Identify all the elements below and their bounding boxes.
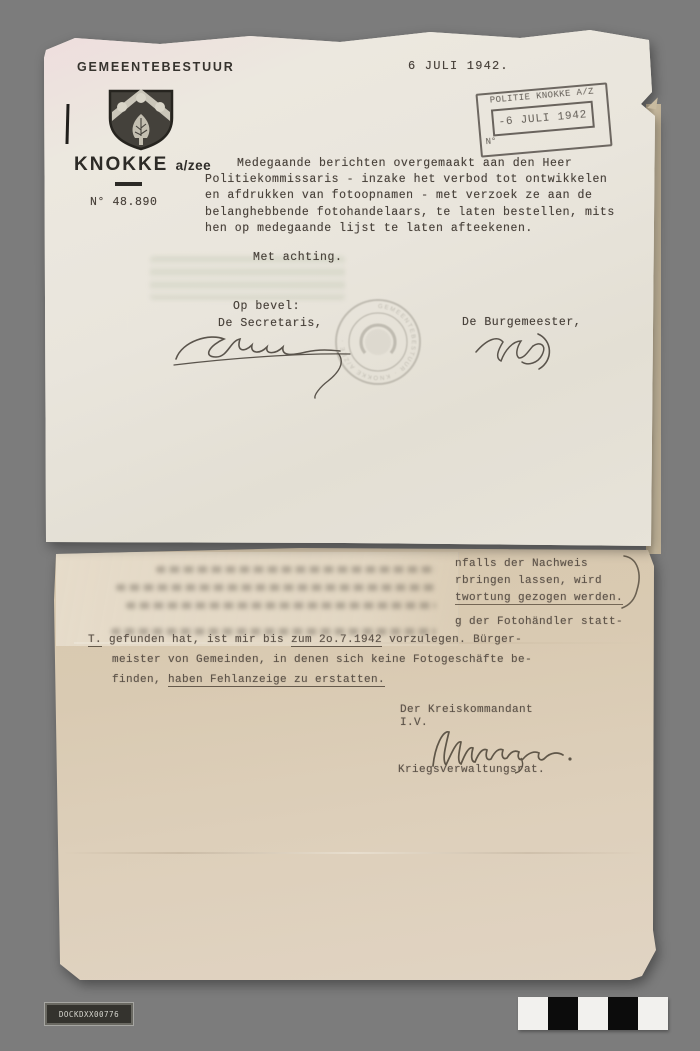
german-text: finden, xyxy=(112,674,168,686)
lower-german-surface: nfalls der Nachweis rbringen lassen, wir… xyxy=(54,546,658,984)
german-line: meister von Gemeinden, in denen sich kei… xyxy=(112,654,532,666)
body-line: en afdrukken van fotoopnamen - met verzo… xyxy=(205,188,615,204)
body-line: Medegaande berichten overgemaakt aan den… xyxy=(205,156,615,172)
place-name: KNOKKE xyxy=(74,154,168,175)
lower-german-paper: nfalls der Nachweis rbringen lassen, wir… xyxy=(54,546,658,984)
german-underlined: zum 2o.7.1942 xyxy=(291,634,382,647)
pen-bracket-mark xyxy=(620,554,646,610)
letter-body: Medegaande berichten overgemaakt aan den… xyxy=(205,156,615,237)
mayor-signature xyxy=(470,330,556,372)
letterhead-underline xyxy=(115,182,142,186)
scale-square-white xyxy=(638,997,668,1030)
archive-id-text: DOCKDXX00776 xyxy=(59,1010,119,1019)
german-line: finden, haben Fehlanzeige zu erstatten. xyxy=(112,674,385,686)
paper-crease xyxy=(64,852,644,854)
scale-square-black xyxy=(548,997,578,1030)
scale-square-white xyxy=(518,997,548,1030)
german-text: vorzulegen. Bürger- xyxy=(382,634,522,646)
illegible-text-line xyxy=(126,602,436,609)
body-line: Politiekommissaris - inzake het verbod t… xyxy=(205,172,615,188)
police-stamp-date: -6 JULI 1942 xyxy=(498,109,588,129)
by-order-label: Op bevel: xyxy=(233,300,300,313)
german-line: rbringen lassen, wird xyxy=(455,573,623,590)
secretary-signature xyxy=(172,327,357,399)
german-line: nfalls der Nachweis xyxy=(455,556,623,573)
german-underlined: haben Fehlanzeige zu erstatten. xyxy=(168,674,385,687)
archive-id-label: DOCKDXX00776 xyxy=(44,1002,134,1026)
letterhead-place: KNOKKE a/zee xyxy=(74,154,211,176)
police-stamp-number-prefix: N° xyxy=(485,136,497,147)
police-stamp-date-box: -6 JULI 1942 xyxy=(491,101,595,137)
letterhead-org-name: GEMEENTEBESTUUR xyxy=(77,60,235,74)
german-line: twortung gezogen werden. xyxy=(455,590,623,607)
paper-fold-corner xyxy=(637,95,657,110)
upper-letter-paper: GEMEENTEBESTUUR KNOKKE a/zee N° 48.890 6… xyxy=(44,30,660,548)
body-line: hen op medegaande lijst te laten afteeke… xyxy=(205,221,615,237)
scale-square-white xyxy=(578,997,608,1030)
german-line-underlined: twortung gezogen werden. xyxy=(455,592,623,605)
reference-number: N° 48.890 xyxy=(90,196,158,209)
scanned-document-photo: GEMEENTEBESTUUR KNOKKE a/zee N° 48.890 6… xyxy=(0,0,700,1051)
mayor-label: De Burgemeester, xyxy=(462,316,581,329)
ink-stroke-mark xyxy=(65,104,69,144)
calibration-scale-bar xyxy=(518,997,668,1030)
kreiskommandant-label: Der Kreiskommandant xyxy=(400,704,533,716)
upper-letter-surface: GEMEENTEBESTUUR KNOKKE a/zee N° 48.890 6… xyxy=(44,30,660,548)
german-line: g der Fotohändler statt- xyxy=(455,616,623,628)
german-clipped-column: nfalls der Nachweis rbringen lassen, wir… xyxy=(455,556,623,608)
overlapping-sheet xyxy=(56,552,459,646)
body-line: belanghebbende fotohandelaars, te laten … xyxy=(205,205,615,221)
iv-label: I.V. xyxy=(400,717,428,729)
german-text: gefunden hat, ist mir bis xyxy=(102,634,291,646)
police-stamp: POLITIE KNOKKE A/Z -6 JULI 1942 N° xyxy=(475,82,612,157)
german-underlined: T. xyxy=(88,634,102,647)
kriegsverwaltungsrat-label: Kriegsverwaltungsrat. xyxy=(398,764,545,776)
german-line: T. gefunden hat, ist mir bis zum 2o.7.19… xyxy=(88,634,522,646)
illegible-text-line xyxy=(116,584,436,591)
scale-square-black xyxy=(608,997,638,1030)
illegible-text-line xyxy=(156,566,436,573)
salutation: Met achting. xyxy=(253,251,342,264)
knokke-coat-of-arms-icon xyxy=(106,88,176,152)
letter-date: 6 JULI 1942. xyxy=(408,59,509,73)
